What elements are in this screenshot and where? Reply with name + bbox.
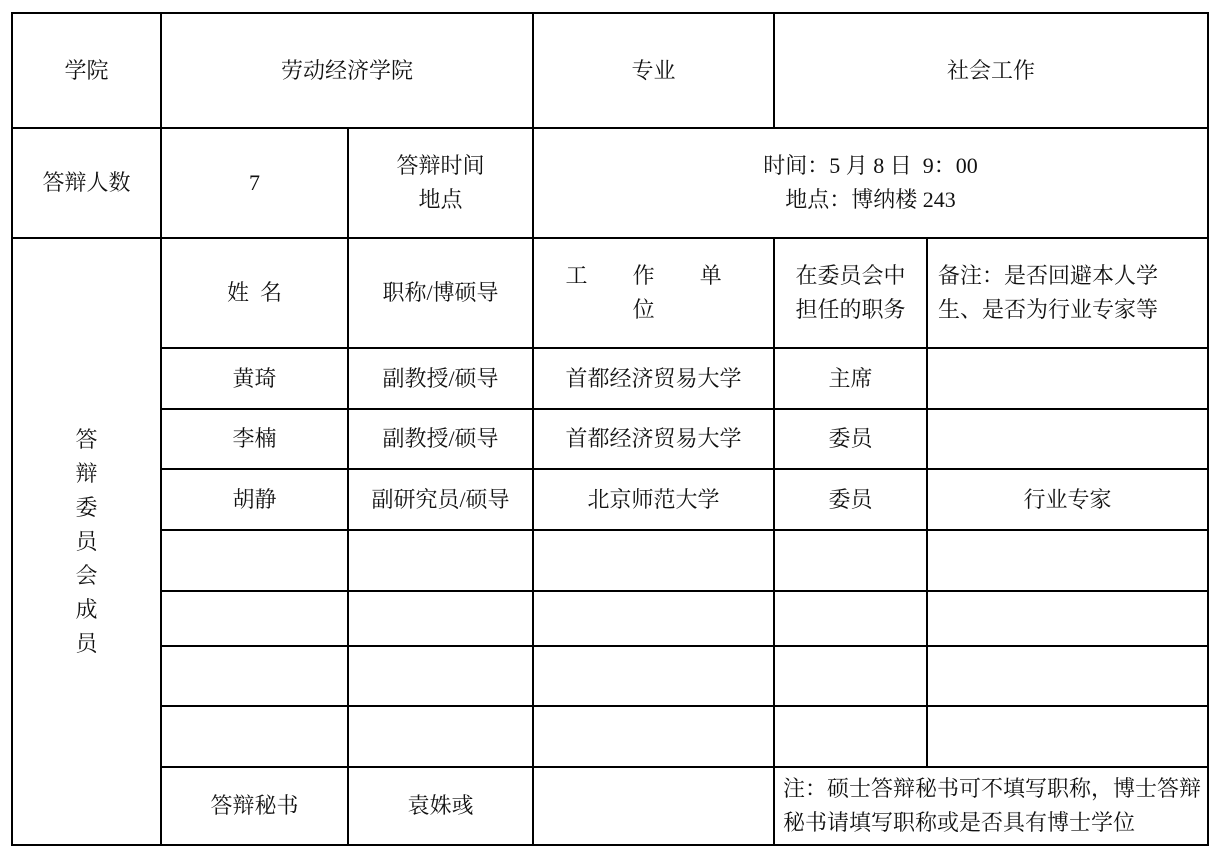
place-value: 地点：博纳楼 243 — [538, 183, 1203, 217]
member-row — [12, 646, 1208, 706]
committee-header-row: 答 辩 委 员 会 成 员 姓 名 职称/博硕导 工 作 单 位 在委员会中 担… — [12, 238, 1208, 348]
secretary-title — [533, 767, 774, 845]
committee-label-char: 答 — [17, 423, 156, 457]
college-label: 学院 — [12, 13, 161, 128]
column-header-name: 姓 名 — [161, 238, 348, 348]
member-role — [774, 706, 927, 767]
secretary-row: 答辩秘书 袁姝彧 注：硕士答辩秘书可不填写职称，博士答辩秘书请填写职称或是否具有… — [12, 767, 1208, 845]
member-title — [348, 646, 533, 706]
member-unit — [533, 646, 774, 706]
role-header-line1: 在委员会中 — [779, 259, 922, 293]
member-row: 李楠 副教授/硕导 首都经济贸易大学 委员 — [12, 409, 1208, 469]
time-place-label-line1: 答辩时间 — [353, 149, 528, 183]
time-place-label: 答辩时间 地点 — [348, 128, 533, 238]
member-row — [12, 591, 1208, 646]
member-title — [348, 530, 533, 591]
committee-label-char: 辩 — [17, 457, 156, 491]
college-value: 劳动经济学院 — [161, 13, 533, 128]
secretary-label: 答辩秘书 — [161, 767, 348, 845]
defense-count-value: 7 — [161, 128, 348, 238]
member-title: 副教授/硕导 — [348, 409, 533, 469]
member-row — [12, 706, 1208, 767]
committee-label-char: 成 — [17, 593, 156, 627]
member-name: 李楠 — [161, 409, 348, 469]
time-place-label-line2: 地点 — [353, 183, 528, 217]
remark-header-line2: 生、是否为行业专家等 — [938, 293, 1203, 327]
member-name — [161, 706, 348, 767]
member-row: 黄琦 副教授/硕导 首都经济贸易大学 主席 — [12, 348, 1208, 409]
major-value: 社会工作 — [774, 13, 1208, 128]
committee-label-char: 委 — [17, 491, 156, 525]
major-label: 专业 — [533, 13, 774, 128]
member-name: 胡静 — [161, 469, 348, 530]
member-unit — [533, 706, 774, 767]
member-role — [774, 530, 927, 591]
role-header-line2: 担任的职务 — [779, 293, 922, 327]
member-unit: 首都经济贸易大学 — [533, 409, 774, 469]
column-header-unit: 工 作 单 位 — [533, 238, 774, 348]
column-header-remark: 备注：是否回避本人学 生、是否为行业专家等 — [927, 238, 1208, 348]
member-name — [161, 646, 348, 706]
defense-committee-form: 学院 劳动经济学院 专业 社会工作 答辩人数 7 答辩时间 地点 时间：5 月 … — [11, 12, 1209, 846]
member-remark — [927, 348, 1208, 409]
member-role: 主席 — [774, 348, 927, 409]
committee-section-label: 答 辩 委 员 会 成 员 — [12, 238, 161, 845]
remark-header-line1: 备注：是否回避本人学 — [938, 259, 1203, 293]
member-title — [348, 706, 533, 767]
member-name: 黄琦 — [161, 348, 348, 409]
defense-info-row: 答辩人数 7 答辩时间 地点 时间：5 月 8 日 9：00 地点：博纳楼 24… — [12, 128, 1208, 238]
time-value: 时间：5 月 8 日 9：00 — [538, 149, 1203, 183]
member-unit — [533, 530, 774, 591]
member-role — [774, 646, 927, 706]
member-remark — [927, 530, 1208, 591]
committee-label-char: 会 — [17, 559, 156, 593]
time-place-value: 时间：5 月 8 日 9：00 地点：博纳楼 243 — [533, 128, 1208, 238]
member-remark: 行业专家 — [927, 469, 1208, 530]
column-header-title: 职称/博硕导 — [348, 238, 533, 348]
committee-label-char: 员 — [17, 525, 156, 559]
member-remark — [927, 706, 1208, 767]
member-remark — [927, 646, 1208, 706]
secretary-name: 袁姝彧 — [348, 767, 533, 845]
member-row — [12, 530, 1208, 591]
member-role: 委员 — [774, 469, 927, 530]
column-header-role: 在委员会中 担任的职务 — [774, 238, 927, 348]
secretary-note: 注：硕士答辩秘书可不填写职称，博士答辩秘书请填写职称或是否具有博士学位 — [774, 767, 1208, 845]
member-unit — [533, 591, 774, 646]
header-row: 学院 劳动经济学院 专业 社会工作 — [12, 13, 1208, 128]
member-remark — [927, 591, 1208, 646]
member-title: 副研究员/硕导 — [348, 469, 533, 530]
member-name — [161, 591, 348, 646]
member-title — [348, 591, 533, 646]
member-unit: 首都经济贸易大学 — [533, 348, 774, 409]
member-remark — [927, 409, 1208, 469]
defense-count-label: 答辩人数 — [12, 128, 161, 238]
member-role — [774, 591, 927, 646]
member-title: 副教授/硕导 — [348, 348, 533, 409]
member-role: 委员 — [774, 409, 927, 469]
member-name — [161, 530, 348, 591]
member-row: 胡静 副研究员/硕导 北京师范大学 委员 行业专家 — [12, 469, 1208, 530]
member-unit: 北京师范大学 — [533, 469, 774, 530]
committee-label-char: 员 — [17, 627, 156, 661]
